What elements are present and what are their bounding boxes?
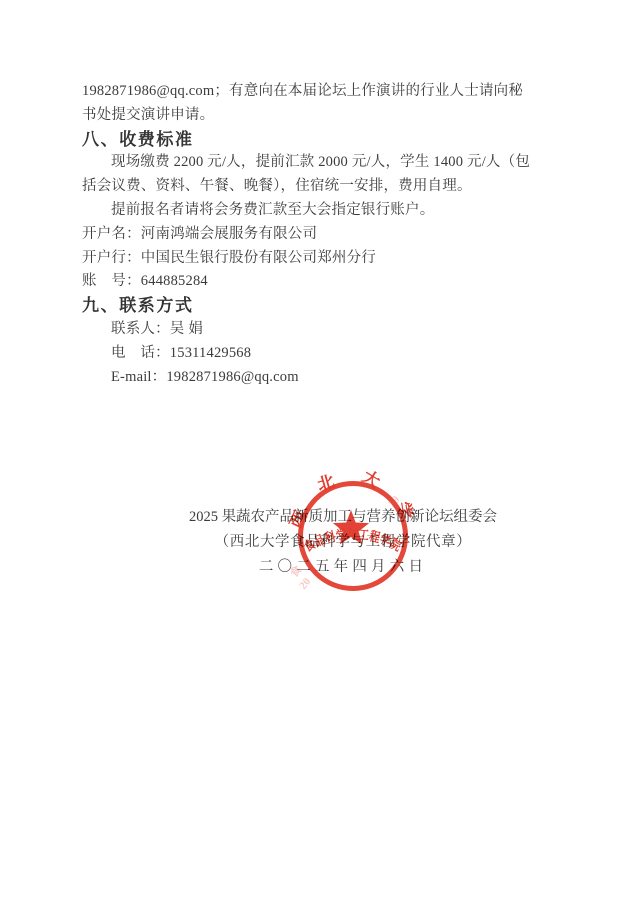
bank-account-name-line: 开户名：河南鸿端会展服务有限公司 bbox=[82, 223, 550, 247]
section-heading-contact: 九、联系方式 bbox=[82, 294, 550, 318]
bank-account-number-line: 账 号：644885284 bbox=[82, 270, 550, 294]
doc-line: 现场缴费 2200 元/人，提前汇款 2000 元/人，学生 1400 元/人（… bbox=[82, 151, 550, 175]
doc-line: 括会议费、资料、午餐、晚餐），住宿统一安排，费用自理。 bbox=[82, 175, 550, 199]
contact-email-line: E-mail：1982871986@qq.com bbox=[82, 366, 550, 390]
doc-line: 1982871986@qq.com；有意向在本届论坛上作演讲的行业人士请向秘 bbox=[82, 80, 550, 104]
doc-line: 书处提交演讲申请。 bbox=[82, 104, 550, 128]
bank-branch-line: 开户行：中国民生银行股份有限公司郑州分行 bbox=[82, 247, 550, 271]
contact-phone-line: 电 话：15311429568 bbox=[82, 342, 550, 366]
section-heading-fees: 八、收费标准 bbox=[82, 128, 550, 152]
date-line: 二〇二五年四月六日 bbox=[118, 555, 568, 580]
on-behalf-line: （西北大学食品科学与工程学院代章） bbox=[118, 530, 568, 555]
organizer-line: 2025 果蔬农产品新质加工与营养创新论坛组委会 bbox=[118, 505, 568, 530]
closing-signature-block: 2025 果蔬农产品新质加工与营养创新论坛组委会 （西北大学食品科学与工程学院代… bbox=[118, 505, 568, 581]
contact-person-line: 联系人：吴 娟 bbox=[82, 318, 550, 342]
doc-line: 提前报名者请将会务费汇款至大会指定银行账户。 bbox=[82, 199, 550, 223]
document-body: 1982871986@qq.com；有意向在本届论坛上作演讲的行业人士请向秘 书… bbox=[82, 80, 550, 389]
document-page: 1982871986@qq.com；有意向在本届论坛上作演讲的行业人士请向秘 书… bbox=[0, 0, 617, 904]
